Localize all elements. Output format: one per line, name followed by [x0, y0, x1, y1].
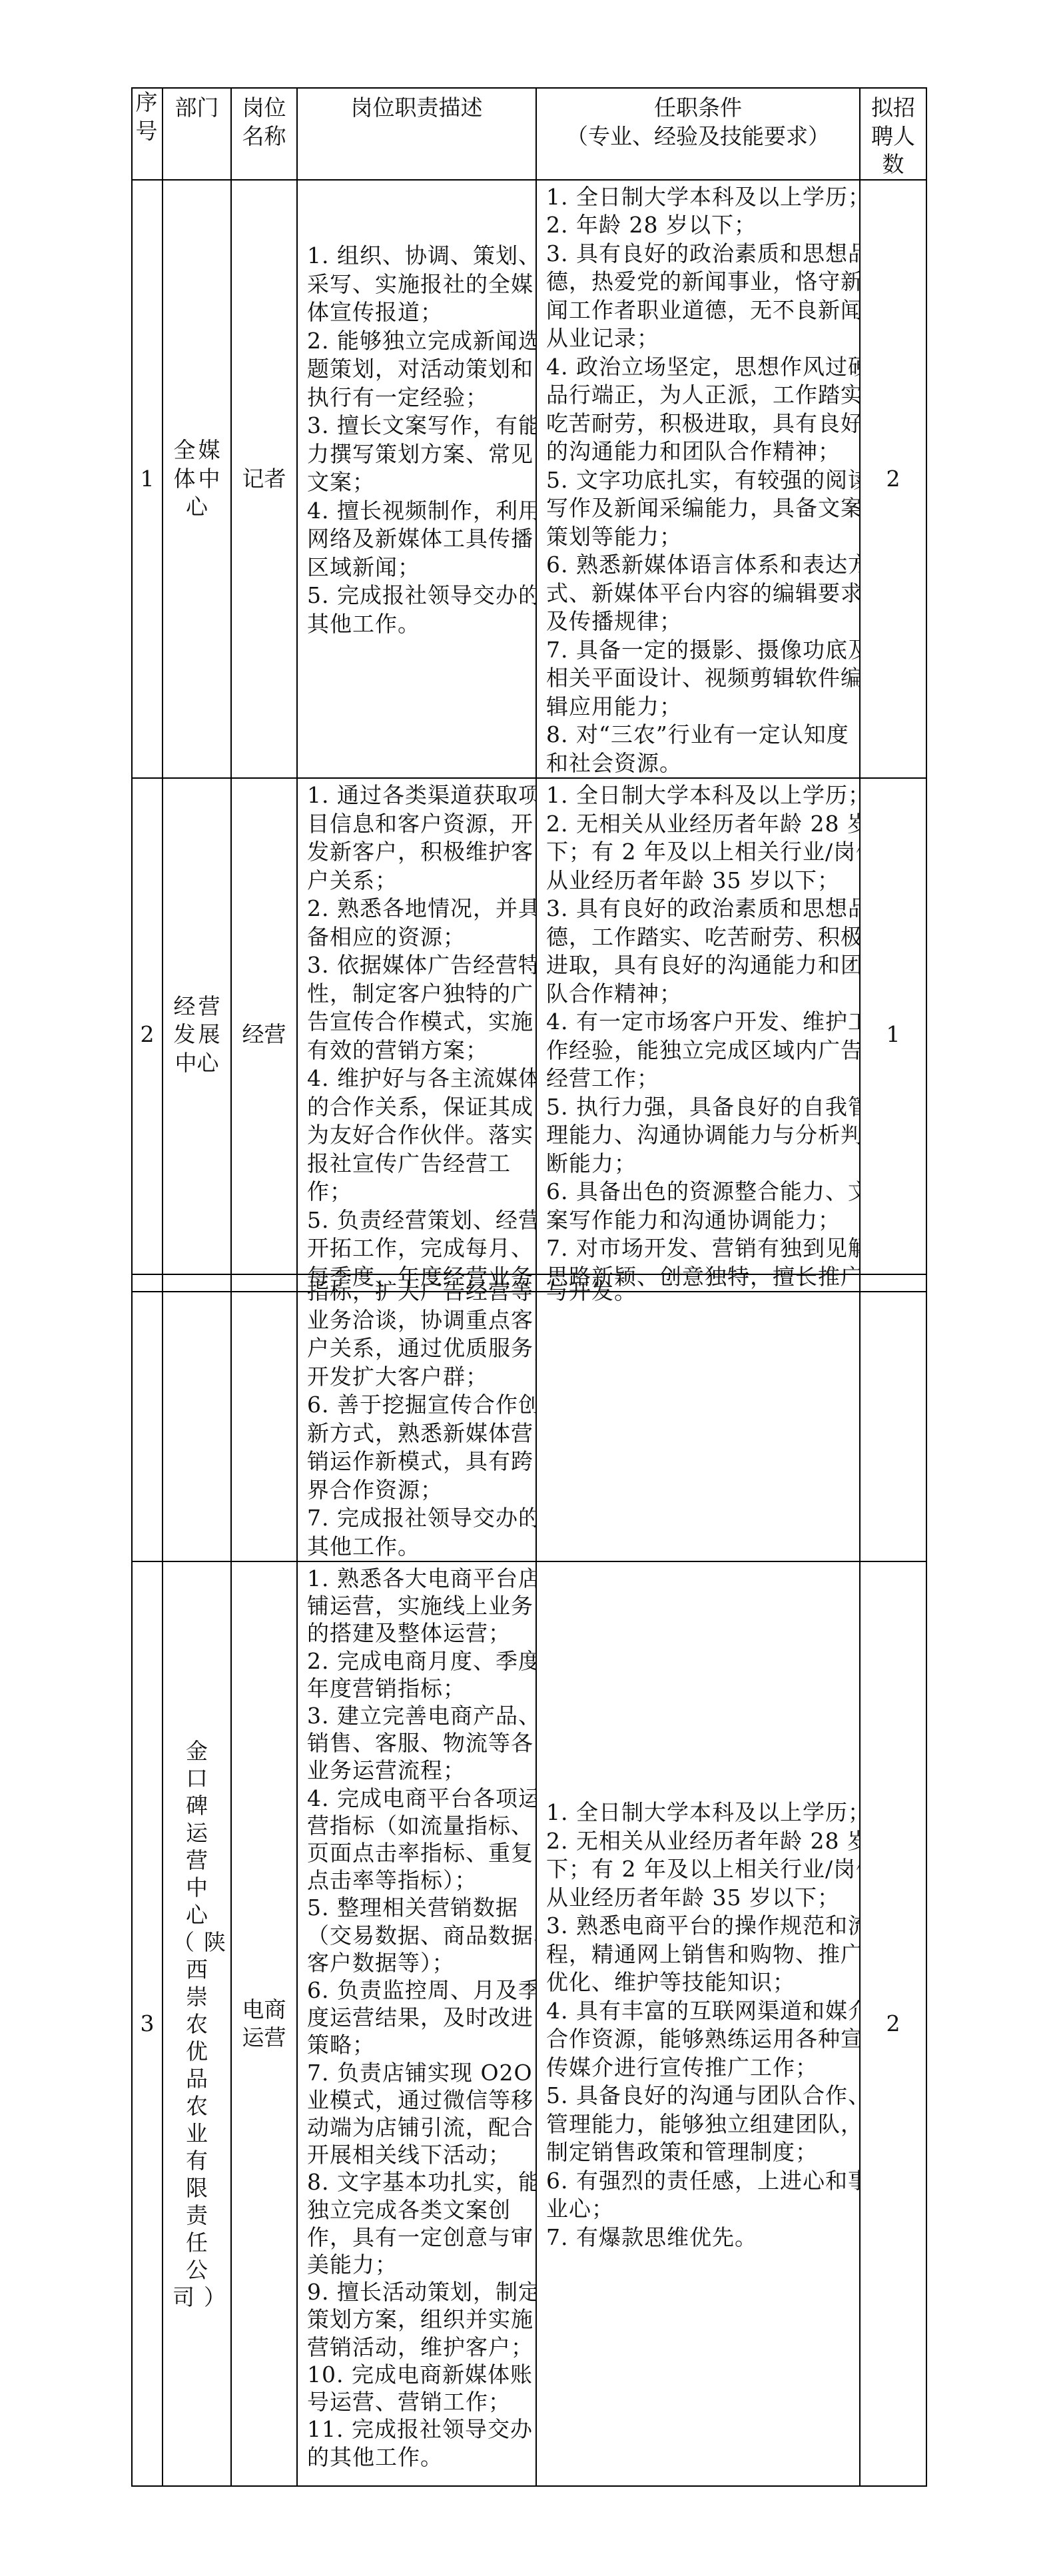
dept-line: 金口 [163, 1737, 230, 1792]
row-position [231, 1274, 297, 1561]
duty-line: 2. 完成电商月度、季度、 [307, 1647, 529, 1675]
table-row-continuation: 指标，扩大广告经营等 业务洽谈，协调重点客 户关系，通过优质服务， 开发扩大客户… [132, 1274, 926, 1561]
duty-line: 开拓工作，完成每月、 [307, 1234, 529, 1263]
duty-line: 1. 组织、协调、策划、 [307, 242, 529, 270]
duty-line: 策略； [307, 2031, 529, 2058]
duties-list: 1. 组织、协调、策划、 采写、实施报社的全媒 体宣传报道； 2. 能够独立完成… [298, 239, 535, 718]
requirement-line: 断能力； [546, 1150, 853, 1178]
duty-line: 8. 文字基本功扎实，能 [307, 2168, 529, 2196]
row-duties: 指标，扩大广告经营等 业务洽谈，协调重点客 户关系，通过优质服务， 开发扩大客户… [297, 1274, 536, 1561]
duty-line: （交易数据、商品数据、 [307, 1922, 529, 1949]
duty-line: 报社宣传广告经营工 [307, 1150, 529, 1178]
row-duties: 1. 组织、协调、策划、 采写、实施报社的全媒 体宣传报道； 2. 能够独立完成… [297, 180, 536, 779]
duties-list: 1. 熟悉各大电商平台店 铺运营，实施线上业务 的搭建及整体运营； 2. 完成电… [298, 1562, 535, 2471]
duty-line: 页面点击率指标、重复 [307, 1839, 529, 1867]
requirement-line: 策划等能力； [546, 523, 853, 552]
requirement-line: 6. 具备出色的资源整合能力、文 [546, 1178, 853, 1206]
dept-line: 品农 [163, 2065, 230, 2120]
header-requirements-subtitle: （专业、经验及技能要求） [537, 123, 859, 151]
requirements-list: 1. 全日制大学本科及以上学历； 2. 无相关从业经历者年龄 28 岁以 下；有… [537, 1796, 859, 2252]
row-seq: 3 [132, 1561, 163, 2486]
dept-line: 司） [163, 2284, 230, 2311]
duty-line: 告宣传合作模式，实施 [307, 1008, 529, 1037]
duty-line: 采写、实施报社的全媒 [307, 270, 529, 299]
duty-line: 4. 完成电商平台各项运 [307, 1785, 529, 1812]
duty-line: 5. 完成报社领导交办的 [307, 582, 529, 610]
duty-line: 客户数据等）； [307, 1949, 529, 1976]
requirement-line: 品行端正，为人正派，工作踏实， [546, 381, 853, 410]
table-row: 1 全媒体中心 记者 1. 组织、协调、策划、 采写、实施报社的全媒 体宣传报道… [132, 180, 926, 779]
requirement-line: 从业经历者年龄 35 岁以下； [546, 1884, 853, 1913]
requirement-line: 及传播规律； [546, 608, 853, 636]
duties-list: 1. 通过各类渠道获取项 目信息和客户资源，开 发新客户，积极维护客 户关系； … [298, 779, 535, 1291]
duty-line: 网络及新媒体工具传播 [307, 525, 529, 554]
duty-line: 独立完成各类文案创 [307, 2196, 529, 2224]
requirement-line: 1. 全日制大学本科及以上学历； [546, 183, 853, 212]
requirement-line: 进取，具有良好的沟通能力和团 [546, 951, 853, 980]
header-position: 岗位名称 [231, 88, 297, 180]
duty-line: 美能力； [307, 2251, 529, 2278]
duty-line: 6. 负责监控周、月及季 [307, 1976, 529, 2004]
requirement-line: 下；有 2 年及以上相关行业/岗位 [546, 1855, 853, 1884]
row-count [860, 1274, 926, 1561]
requirement-line: 下；有 2 年及以上相关行业/岗位 [546, 838, 853, 867]
duty-line: 2. 能够独立完成新闻选 [307, 327, 529, 356]
row-count: 1 [860, 778, 926, 1292]
requirement-line: 5. 文字功底扎实，有较强的阅读、 [546, 466, 853, 495]
requirement-line: 式、新媒体平台内容的编辑要求 [546, 580, 853, 608]
duty-line: 6. 善于挖掘宣传合作创 [307, 1391, 529, 1420]
row-requirements: 1. 全日制大学本科及以上学历； 2. 无相关从业经历者年龄 28 岁以 下；有… [536, 1561, 860, 2486]
row-dept: 经营发展中心 [163, 778, 231, 1292]
row-position: 经营 [231, 778, 297, 1292]
dept-multiline: 金口 碑 运营 中心 （陕 西崇 农优 品农 业有 限责 任公 司） [163, 1737, 230, 2311]
duty-line: 体宣传报道； [307, 298, 529, 327]
row-count: 2 [860, 1561, 926, 2486]
requirement-line: 和社会资源。 [546, 749, 853, 778]
dept-line: （陕 [163, 1929, 230, 1956]
requirement-line: 管理能力，能够独立组建团队， [546, 2110, 853, 2139]
duty-line: 力撰写策划方案、常见 [307, 440, 529, 469]
duty-line: 其他工作。 [307, 610, 529, 639]
requirements-list: 1. 全日制大学本科及以上学历； 2. 年龄 28 岁以下； 3. 具有良好的政… [537, 181, 859, 778]
table-row: 3 金口 碑 运营 中心 （陕 西崇 农优 品农 业有 限责 任公 司） 电商运… [132, 1561, 926, 2486]
duty-line: 度运营结果，及时改进 [307, 2004, 529, 2031]
table-row: 2 经营发展中心 经营 1. 通过各类渠道获取项 目信息和客户资源，开 发新客户… [132, 778, 926, 1292]
requirement-line: 5. 执行力强，具备良好的自我管 [546, 1093, 853, 1122]
duty-line: 策划方案，组织并实施 [307, 2306, 529, 2333]
requirement-line: 2. 年龄 28 岁以下； [546, 211, 853, 240]
duty-line: 营指标（如流量指标、 [307, 1812, 529, 1839]
duty-line: 销售、客服、物流等各 [307, 1729, 529, 1757]
duty-line: 的合作关系，保证其成 [307, 1093, 529, 1122]
requirement-line: 优化、维护等技能知识； [546, 1968, 853, 1997]
row-position: 电商运营 [231, 1561, 297, 2486]
requirement-line: 相关平面设计、视频剪辑软件编 [546, 664, 853, 693]
requirement-line: 8. 对“三农”行业有一定认知度 [546, 721, 853, 749]
recruitment-table-page-1: 序号 部门 岗位名称 岗位职责描述 任职条件 （专业、经验及技能要求） 拟招聘人… [131, 87, 927, 1292]
dept-line: 碑 [163, 1792, 230, 1819]
dept-line: 西崇 [163, 1956, 230, 2010]
row-requirements: 1. 全日制大学本科及以上学历； 2. 无相关从业经历者年龄 28 岁以 下；有… [536, 778, 860, 1292]
requirement-line: 从业经历者年龄 35 岁以下； [546, 867, 853, 895]
duty-line: 4. 维护好与各主流媒体 [307, 1065, 529, 1093]
duty-line: 2. 熟悉各地情况，并具 [307, 895, 529, 923]
duty-line: 3. 依据媒体广告经营特 [307, 951, 529, 980]
duty-line: 文案； [307, 468, 529, 497]
dept-line: 运营 [163, 1819, 230, 1874]
requirement-line: 合作资源，能够熟练运用各种宣 [546, 2025, 853, 2054]
duty-line: 的其他工作。 [307, 2443, 529, 2471]
dept-line: 限责 [163, 2174, 230, 2229]
requirement-line: 2. 无相关从业经历者年龄 28 岁以 [546, 810, 853, 839]
duty-line: 题策划，对活动策划和 [307, 355, 529, 384]
duty-line: 业务运营流程； [307, 1757, 529, 1784]
requirement-line: 4. 政治立场坚定，思想作风过硬， [546, 353, 853, 382]
duty-line: 目信息和客户资源，开 [307, 810, 529, 839]
dept-line: 业有 [163, 2120, 230, 2174]
duty-line: 年度营销指标； [307, 1675, 529, 1702]
row-duties: 1. 通过各类渠道获取项 目信息和客户资源，开 发新客户，积极维护客 户关系； … [297, 778, 536, 1292]
duty-line: 发新客户，积极维护客 [307, 838, 529, 867]
duty-line: 新方式，熟悉新媒体营 [307, 1420, 529, 1448]
duty-line: 执行有一定经验； [307, 384, 529, 412]
dept-line: 任公 [163, 2229, 230, 2284]
duty-line: 7. 负责店铺实现 O2O 商 [307, 2059, 529, 2086]
dept-line: 中心 [163, 1874, 230, 1929]
row-seq [132, 1274, 163, 1561]
duty-line: 业务洽谈，协调重点客 [307, 1306, 529, 1335]
duty-line: 区域新闻； [307, 554, 529, 582]
duty-line: 11. 完成报社领导交办 [307, 2415, 529, 2443]
requirement-line: 5. 具备良好的沟通与团队合作、 [546, 2082, 853, 2110]
requirement-line: 7. 具备一定的摄影、摄像功底及 [546, 636, 853, 665]
duty-line: 号运营、营销工作； [307, 2388, 529, 2415]
requirement-line: 制定销售政策和管理制度； [546, 2138, 853, 2167]
duty-line: 作，具有一定创意与审 [307, 2224, 529, 2251]
requirement-line: 7. 有爆款思维优先。 [546, 2224, 853, 2252]
duty-line: 指标，扩大广告经营等 [307, 1278, 529, 1306]
header-dept: 部门 [163, 88, 231, 180]
duty-line: 5. 整理相关营销数据 [307, 1894, 529, 1921]
requirement-line: 程，精通网上销售和购物、推广、 [546, 1940, 853, 1969]
header-seq: 序号 [132, 88, 163, 180]
duty-line: 其他工作。 [307, 1533, 529, 1561]
requirement-line: 3. 熟悉电商平台的操作规范和流 [546, 1912, 853, 1940]
duty-line: 业模式，通过微信等移 [307, 2086, 529, 2114]
requirement-line: 德，热爱党的新闻事业，恪守新 [546, 268, 853, 296]
row-seq: 1 [132, 180, 163, 779]
row-dept [163, 1274, 231, 1561]
requirement-line: 写作及新闻采编能力，具备文案 [546, 494, 853, 523]
requirement-line: 德，工作踏实、吃苦耐劳、积极 [546, 923, 853, 952]
row-seq: 2 [132, 778, 163, 1292]
requirement-line: 1. 全日制大学本科及以上学历； [546, 1799, 853, 1827]
duty-line: 1. 熟悉各大电商平台店 [307, 1565, 529, 1592]
duty-line: 3. 擅长文案写作，有能 [307, 412, 529, 440]
requirements-list: 与开发。 [537, 1275, 859, 1306]
requirement-line: 传媒介进行宣传推广工作； [546, 2054, 853, 2082]
header-count: 拟招聘人数 [860, 88, 926, 180]
duty-line: 9. 擅长活动策划，制定 [307, 2278, 529, 2306]
header-requirements-title: 任职条件 [537, 94, 859, 123]
requirement-line: 队合作精神； [546, 980, 853, 1009]
requirement-line: 2. 无相关从业经历者年龄 28 岁以 [546, 1827, 853, 1856]
duty-line: 销运作新模式，具有跨 [307, 1448, 529, 1476]
duty-line: 营销活动，维护客户； [307, 2334, 529, 2361]
header-requirements: 任职条件 （专业、经验及技能要求） [536, 88, 860, 180]
row-requirements: 1. 全日制大学本科及以上学历； 2. 年龄 28 岁以下； 3. 具有良好的政… [536, 180, 860, 779]
requirement-line: 从业记录； [546, 324, 853, 353]
table-header-row: 序号 部门 岗位名称 岗位职责描述 任职条件 （专业、经验及技能要求） 拟招聘人… [132, 88, 926, 180]
requirement-line: 3. 具有良好的政治素质和思想品 [546, 240, 853, 268]
duty-line: 有效的营销方案； [307, 1037, 529, 1065]
duty-line: 为友好合作伙伴。落实 [307, 1121, 529, 1150]
requirement-line: 作经验，能独立完成区域内广告 [546, 1037, 853, 1065]
requirement-line: 案写作能力和沟通协调能力； [546, 1206, 853, 1235]
duty-line: 动端为店铺引流，配合 [307, 2114, 529, 2141]
duty-line: 开展相关线下活动； [307, 2141, 529, 2168]
duty-line: 铺运营，实施线上业务 [307, 1592, 529, 1619]
recruitment-table-page-2: 指标，扩大广告经营等 业务洽谈，协调重点客 户关系，通过优质服务， 开发扩大客户… [131, 1274, 927, 2487]
requirement-line: 经营工作； [546, 1065, 853, 1093]
duty-line: 界合作资源； [307, 1476, 529, 1505]
requirement-line: 3. 具有良好的政治素质和思想品 [546, 895, 853, 923]
row-dept: 金口 碑 运营 中心 （陕 西崇 农优 品农 业有 限责 任公 司） [163, 1561, 231, 2486]
duties-list: 指标，扩大广告经营等 业务洽谈，协调重点客 户关系，通过优质服务， 开发扩大客户… [298, 1275, 535, 1561]
requirement-line: 6. 有强烈的责任感，上进心和事 [546, 2167, 853, 2196]
row-requirements: 与开发。 [536, 1274, 860, 1561]
requirement-line: 辑应用能力； [546, 693, 853, 721]
requirement-line: 4. 具有丰富的互联网渠道和媒介 [546, 1997, 853, 2026]
row-count: 2 [860, 180, 926, 779]
duty-line: 5. 负责经营策划、经营 [307, 1206, 529, 1235]
requirement-line: 7. 对市场开发、营销有独到见解； [546, 1234, 853, 1263]
row-position: 记者 [231, 180, 297, 779]
duty-line: 作； [307, 1178, 529, 1206]
duty-line: 户关系，通过优质服务， [307, 1334, 529, 1363]
duty-line: 4. 擅长视频制作，利用 [307, 497, 529, 526]
duty-line: 备相应的资源； [307, 923, 529, 952]
duty-line: 开发扩大客户群； [307, 1363, 529, 1392]
duty-line: 7. 完成报社领导交办的 [307, 1504, 529, 1533]
requirements-list: 1. 全日制大学本科及以上学历； 2. 无相关从业经历者年龄 28 岁以 下；有… [537, 779, 859, 1291]
duty-line: 3. 建立完善电商产品、 [307, 1702, 529, 1729]
row-duties: 1. 熟悉各大电商平台店 铺运营，实施线上业务 的搭建及整体运营； 2. 完成电… [297, 1561, 536, 2486]
requirement-line: 6. 熟悉新媒体语言体系和表达方 [546, 551, 853, 580]
requirement-line: 1. 全日制大学本科及以上学历； [546, 781, 853, 810]
dept-line: 农优 [163, 2010, 230, 2065]
duty-line: 户关系； [307, 867, 529, 895]
row-dept: 全媒体中心 [163, 180, 231, 779]
requirement-line: 4. 有一定市场客户开发、维护工 [546, 1008, 853, 1037]
duty-line: 点击率等指标）； [307, 1867, 529, 1894]
duty-line: 10. 完成电商新媒体账 [307, 2361, 529, 2388]
requirement-line: 业心； [546, 2195, 853, 2224]
duty-line: 1. 通过各类渠道获取项 [307, 781, 529, 810]
duty-line: 的搭建及整体运营； [307, 1619, 529, 1647]
requirement-line: 与开发。 [546, 1278, 853, 1306]
requirement-line: 的沟通能力和团队合作精神； [546, 438, 853, 466]
duty-line: 性，制定客户独特的广 [307, 980, 529, 1009]
requirement-line: 闻工作者职业道德，无不良新闻 [546, 296, 853, 325]
requirement-line: 吃苦耐劳，积极进取，具有良好 [546, 410, 853, 438]
requirement-line: 理能力、沟通协调能力与分析判 [546, 1121, 853, 1150]
header-duties: 岗位职责描述 [297, 88, 536, 180]
